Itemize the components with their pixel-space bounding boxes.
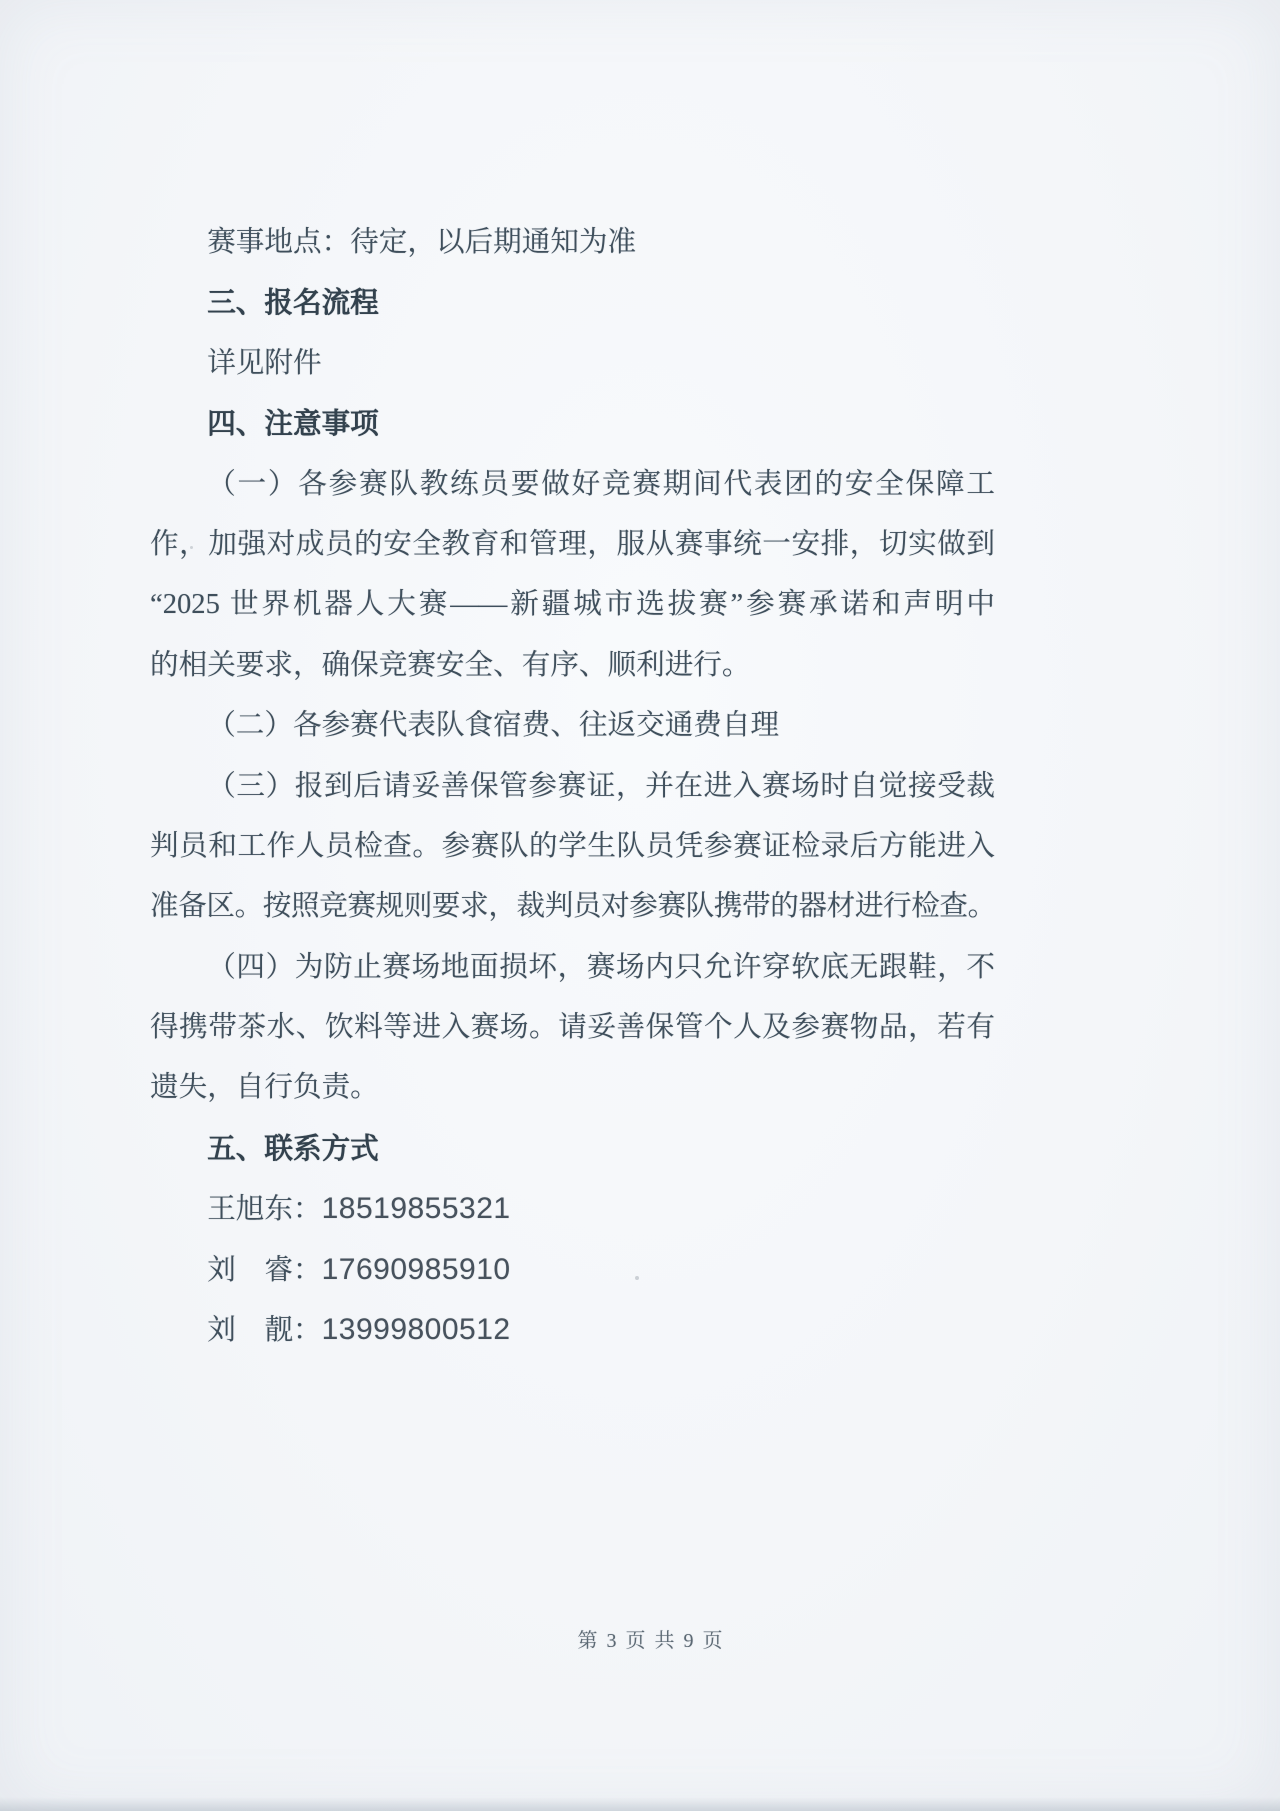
page-number-footer: 第 3 页 共 9 页 [0,1624,1280,1653]
attachment-line: 详见附件 [150,334,995,394]
contact-row: 刘 睿：17690985910 [150,1240,995,1300]
contact-phone: 18519855321 [322,1192,511,1225]
document-body: 赛事地点：待定，以后期通知为准 三、报名流程 详见附件 四、注意事项 （一）各参… [150,213,995,1360]
note4-line: 遗失，自行负责。 [150,1058,995,1118]
note4-line: 得携带茶水、饮料等进入赛场。请妥善保管个人及参赛物品，若有 [150,998,995,1058]
venue-line: 赛事地点：待定，以后期通知为准 [150,213,995,273]
note1-line: 作，加强对成员的安全教育和管理，服从赛事统一安排，切实做到 [150,515,995,575]
section-heading-registration: 三、报名流程 [150,273,995,333]
section-heading-notes: 四、注意事项 [150,394,995,454]
note3-line: （三）报到后请妥善保管参赛证，并在进入赛场时自觉接受裁 [150,757,995,817]
note1-line: 的相关要求，确保竞赛安全、有序、顺利进行。 [150,636,995,696]
contact-phone: 17690985910 [322,1253,511,1286]
contact-name: 王旭东： [207,1194,321,1225]
note3-line: 判员和工作人员检查。参赛队的学生队员凭参赛证检录后方能进入 [150,817,995,877]
scan-speck [190,546,193,549]
note3-line: 准备区。按照竞赛规则要求，裁判员对参赛队携带的器材进行检查。 [150,877,995,937]
note1-line: “2025 世界机器人大赛——新疆城市选拔赛”参赛承诺和声明中 [150,575,995,635]
contact-row: 刘 靓：13999800512 [150,1300,995,1360]
note2-line: （二）各参赛代表队食宿费、往返交通费自理 [150,696,995,756]
contact-phone: 13999800512 [322,1313,511,1346]
contact-name: 刘 靓： [207,1315,321,1346]
contact-name: 刘 睿： [207,1255,321,1286]
note1-line: （一）各参赛队教练员要做好竞赛期间代表团的安全保障工 [150,455,995,515]
section-heading-contacts: 五、联系方式 [150,1119,995,1179]
note4-line: （四）为防止赛场地面损坏，赛场内只允许穿软底无跟鞋，不 [150,938,995,998]
contact-row: 王旭东：18519855321 [150,1179,995,1239]
scanned-page: 赛事地点：待定，以后期通知为准 三、报名流程 详见附件 四、注意事项 （一）各参… [0,0,1280,1811]
scan-speck [635,1276,639,1280]
